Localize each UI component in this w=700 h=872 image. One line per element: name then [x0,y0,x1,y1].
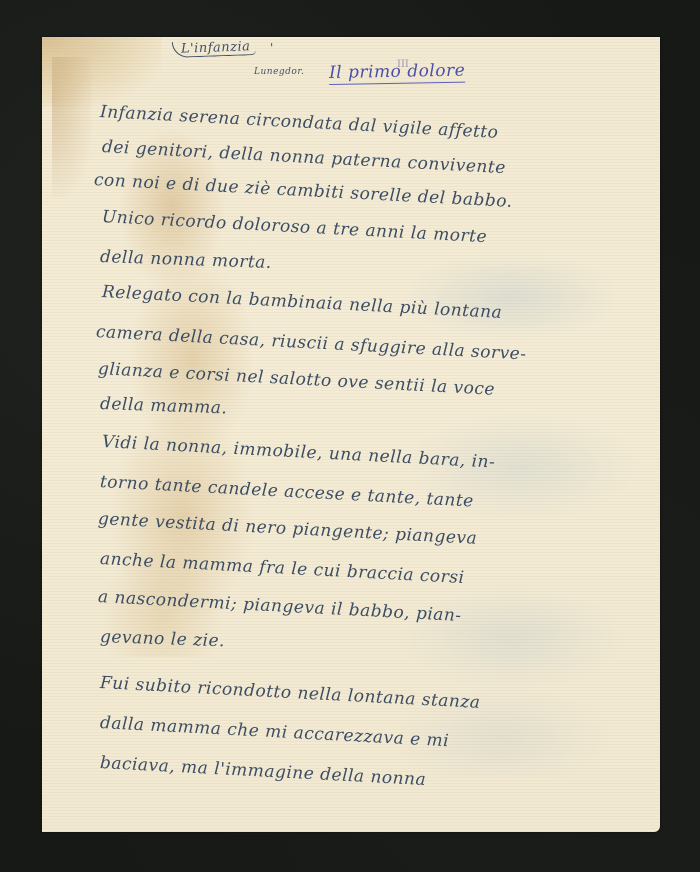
manuscript-line: camera della casa, riuscii a sfuggire al… [95,322,527,365]
manuscript-line: dei genitori, della nonna paterna conviv… [101,137,506,178]
manuscript-line: gente vestita di nero piangente; piangev… [97,509,477,549]
manuscript-line: Relegato con la bambinaia nella più lont… [101,282,502,323]
manuscript-line: baciava, ma l'immagine della nonna [99,753,426,790]
manuscript-line: Unico ricordo doloroso a tre anni la mor… [101,207,487,247]
manuscript-page: L'infanzia ' Lunegdor. III Il primo dolo… [42,37,660,832]
manuscript-line: glianza e corsi nel salotto ove sentii l… [97,359,495,400]
manuscript-line: Vidi la nonna, immobile, una nella bara,… [101,432,495,473]
manuscript-line: anche la mamma fra le cui braccia corsi [99,549,464,588]
manuscript-line: Infanzia serena circondata dal vigile af… [99,102,498,143]
manuscript-line: Fui subito ricondotto nella lontana stan… [99,673,480,713]
manuscript-line: a nascondermi; piangeva il babbo, pian- [97,587,462,626]
title-note-mark: ' [270,41,274,55]
title-note: L'infanzia [172,39,257,58]
page-heading: Il primo dolore [329,61,466,85]
manuscript-line: gevano le zie. [100,627,226,651]
manuscript-line: della mamma. [100,394,228,418]
manuscript-line: della nonna morta. [100,247,272,273]
manuscript-line: con noi e di due ziè cambiti sorelle del… [93,170,513,212]
manuscript-line: dalla mamma che mi accarezzava e mi [99,713,449,751]
manuscript-line: torno tante candele accese e tante, tant… [99,472,474,512]
water-stain-edge [52,57,92,197]
water-stain [42,37,162,107]
margin-note: Lunegdor. [254,67,305,77]
